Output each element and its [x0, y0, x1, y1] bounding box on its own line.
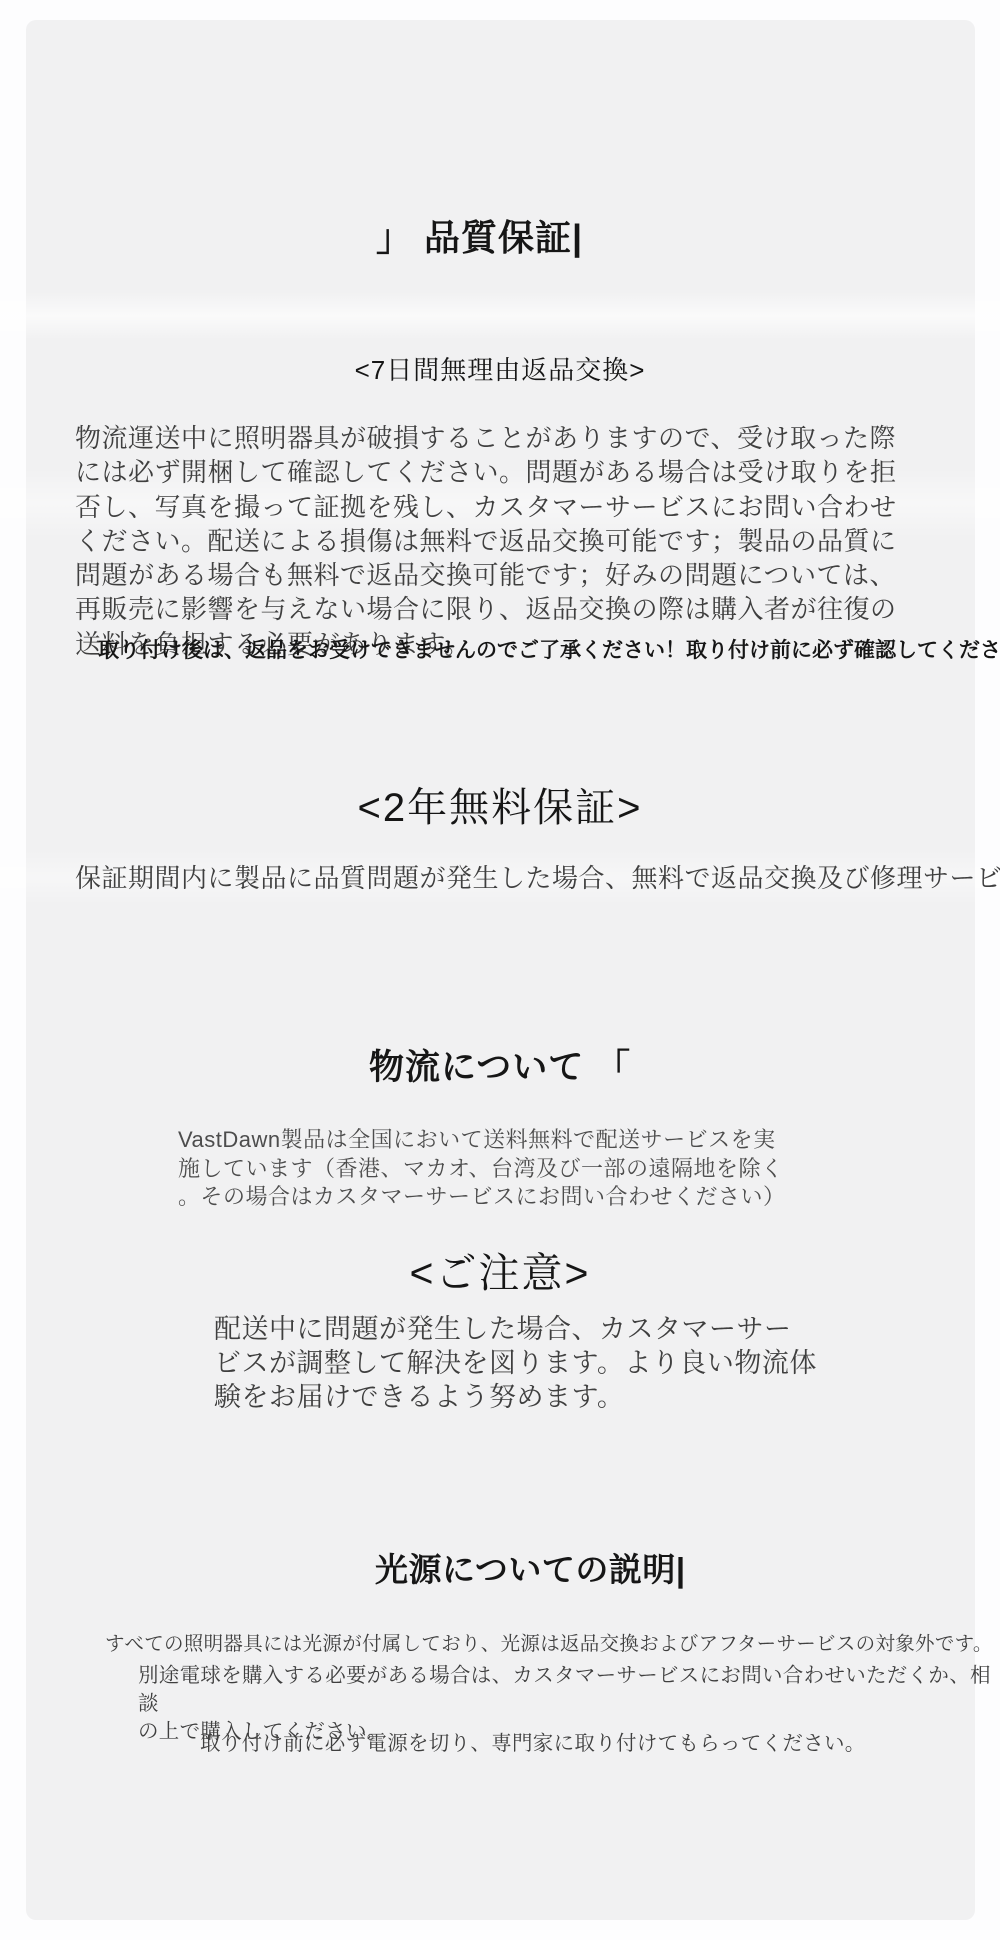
light-source-section-title: 光源についての説明| — [375, 1544, 686, 1591]
two-year-warranty-heading: <2年無料保証> — [0, 776, 1000, 833]
two-year-warranty-text: 保証期間内に製品に品質問題が発生した場合、無料で返品交換及び修理サービスを提供し — [75, 858, 1000, 895]
installation-return-notice: 取り付け後は、返品をお受けできませんのでご了承ください！取り付け前に必ず確認して… — [98, 634, 1000, 664]
seven-day-return-heading: <7日間無理由返品交換> — [0, 350, 1000, 387]
quality-guarantee-title: 」 品質保証| — [376, 210, 583, 261]
caution-text: 配送中に問題が発生した場合、カスタマーサー ビスが調整して解決を図ります。より良… — [214, 1312, 817, 1414]
caution-heading: <ご注意> — [0, 1240, 1000, 1299]
light-source-note: 取り付け前に必ず電源を切り、専門家に取り付けてもらってください。 — [200, 1726, 866, 1756]
light-source-note: すべての照明器具には光源が付属しており、光源は返品交換およびアフターサービスの対… — [105, 1628, 993, 1656]
seven-day-return-policy-text: 物流運送中に照明器具が破損することがありますので、受け取った際 には必ず開梱して… — [75, 421, 897, 661]
logistics-section-title: 物流について 「 — [0, 1040, 1000, 1090]
free-shipping-info-text: VastDawn製品は全国において送料無料で配送サービスを実 施しています（香港… — [178, 1126, 786, 1212]
product-description-page: 」 品質保証| <7日間無理由返品交換> 物流運送中に照明器具が破損することがあ… — [0, 0, 1000, 1940]
